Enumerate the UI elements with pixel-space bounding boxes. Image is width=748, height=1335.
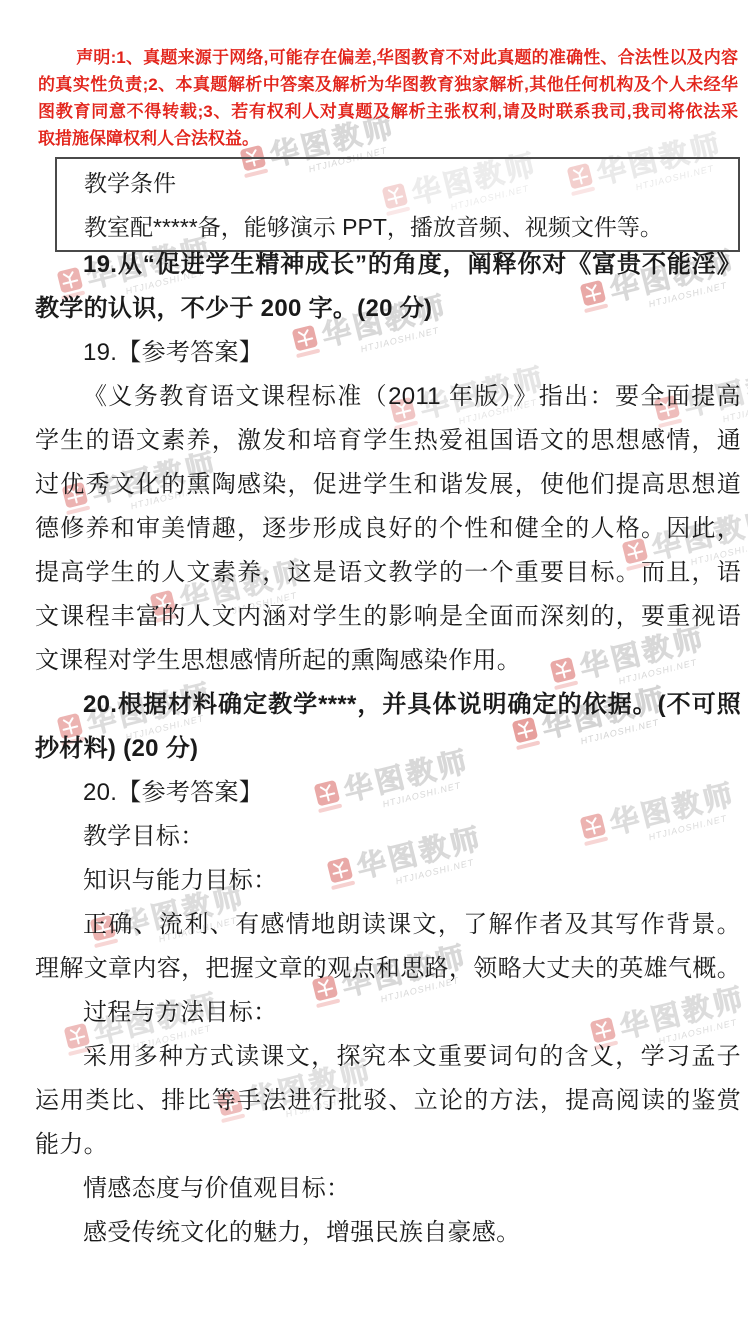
answer-line: 19.【参考答案】 (35, 331, 741, 375)
answer-line: 情感态度与价值观目标： (35, 1167, 741, 1211)
answer-line: 文课程丰富的人文内涵对学生的影响是全面而深刻的，要重视语 (35, 595, 741, 639)
answer-line: 过程与方法目标： (35, 991, 741, 1035)
disclaimer: 声明:1、真题来源于网络,可能存在偏差,华图教育不对此真题的准确性、合法性以及内… (38, 44, 738, 152)
disclaimer-line-3: 图教育同意不得转载;3、若有权利人对真题及解析主张权利,请及时联系我司,我司将依… (38, 98, 738, 125)
answer-line: 过优秀文化的熏陶感染，促进学生和谐发展，使他们提高思想道 (35, 463, 741, 507)
disclaimer-text: 1、真题来源于网络,可能存在偏差,华图教育不对此真题的准确性、合法性以及内容 (116, 48, 738, 67)
answer-line: 正确、流利、有感情地朗读课文，了解作者及其写作背景。 (35, 903, 741, 947)
answer-line: 理解文章内容，把握文章的观点和思路，领略大丈夫的英雄气概。 (35, 947, 741, 991)
main-text: 19.从“促进学生精神成长”的角度，阐释你对《富贵不能淫》教学的认识，不少于 2… (35, 243, 741, 1255)
answer-line: 20.【参考答案】 (35, 771, 741, 815)
answer-line: 运用类比、排比等手法进行批驳、立论的方法，提高阅读的鉴赏 (35, 1079, 741, 1123)
answer-line: 学生的语文素养，激发和培育学生热爱祖国语文的思想感情，通 (35, 419, 741, 463)
question-line: 教学的认识，不少于 200 字。(20 分) (35, 287, 741, 331)
answer-line: 采用多种方式读课文，探究本文重要词句的含义，学习孟子 (35, 1035, 741, 1079)
answer-line: 能力。 (35, 1123, 741, 1167)
disclaimer-line-4: 取措施保障权利人合法权益。 (38, 125, 738, 152)
disclaimer-line-1: 声明:1、真题来源于网络,可能存在偏差,华图教育不对此真题的准确性、合法性以及内… (38, 44, 738, 71)
answer-line: 提高学生的人文素养，这是语文教学的一个重要目标。而且，语 (35, 551, 741, 595)
box-title: 教学条件 (84, 161, 738, 205)
disclaimer-label: 声明: (76, 48, 116, 67)
answer-line: 教学目标： (35, 815, 741, 859)
answer-line: 知识与能力目标： (35, 859, 741, 903)
answer-line: 感受传统文化的魅力，增强民族自豪感。 (35, 1211, 741, 1255)
teaching-conditions-box: 教学条件 教室配*****备，能够演示 PPT，播放音频、视频文件等。 (55, 157, 740, 252)
question-line: 抄材料) (20 分) (35, 727, 741, 771)
answer-line: 《义务教育语文课程标准（2011 年版）》指出：要全面提高 (35, 375, 741, 419)
answer-line: 文课程对学生思想感情所起的熏陶感染作用。 (35, 639, 741, 683)
question-line: 20.根据材料确定教学****，并具体说明确定的依据。(不可照 (35, 683, 741, 727)
answer-line: 德修养和审美情趣，逐步形成良好的个性和健全的人格。因此， (35, 507, 741, 551)
disclaimer-line-2: 的真实性负责;2、本真题解析中答案及解析为华图教育独家解析,其他任何机构及个人未… (38, 71, 738, 98)
document-page: 华图教师 HTJIAOSHI.NET 华图教师 HTJIAOSHI.NET 华图… (0, 0, 748, 1335)
question-line: 19.从“促进学生精神成长”的角度，阐释你对《富贵不能淫》 (35, 243, 741, 287)
